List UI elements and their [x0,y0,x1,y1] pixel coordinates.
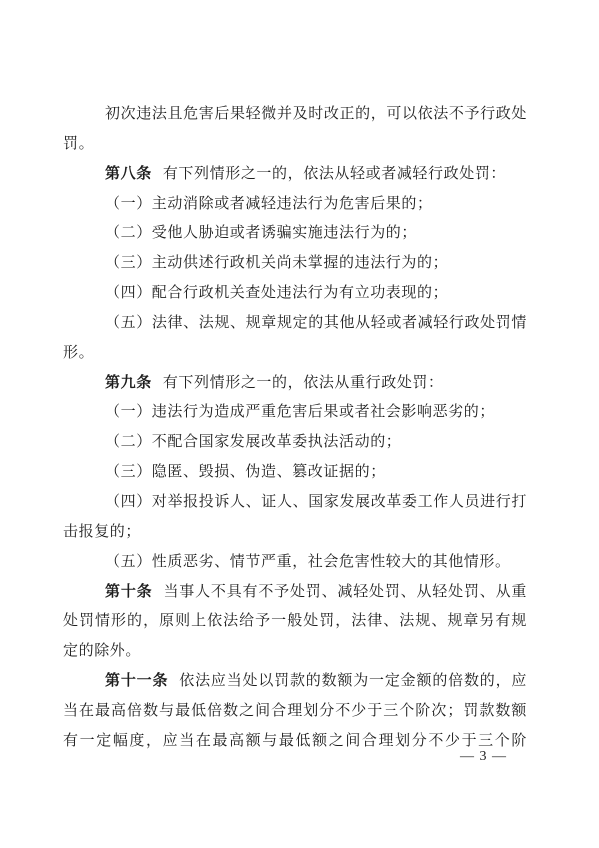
line-text: 有下列情形之一的，依法从重行政处罚： [163,375,444,391]
document-line: （三）隐匿、毁损、伪造、篡改证据的； [63,458,527,488]
document-line: （二）受他人胁迫或者诱骗实施违法行为的； [63,219,527,249]
line-text: 依法应当处以罚款的数额为一定金额的倍数的，应 [179,673,527,689]
document-line: 形。 [63,339,527,369]
article-heading-line: 第八条有下列情形之一的，依法从轻或者减轻行政处罚： [63,160,527,190]
paragraph-item-3: （三）隐匿、毁损、伪造、篡改证据的； [63,458,527,488]
line-text: 有下列情形之一的，依法从轻或者减轻行政处罚： [163,166,506,182]
paragraph-item-5: （五）性质恶劣、情节严重，社会危害性较大的其他情形。 [63,548,527,578]
article-number: 第十条 [105,584,152,600]
document-line: （一）违法行为造成严重危害后果或者社会影响恶劣的； [63,398,527,428]
document-line: 处罚情形的，原则上依法给予一般处罚，法律、法规、规章另有规 [63,607,527,637]
paragraph-article-8: 第八条有下列情形之一的，依法从轻或者减轻行政处罚： [63,160,527,190]
document-line: （三）主动供述行政机关尚未掌握的违法行为的； [63,249,527,279]
document-body: 初次违法且危害后果轻微并及时改正的，可以依法不予行政处 罚。 第八条有下列情形之… [63,100,527,757]
paragraph: 初次违法且危害后果轻微并及时改正的，可以依法不予行政处 罚。 [63,100,527,160]
article-heading-line: 第十一条依法应当处以罚款的数额为一定金额的倍数的，应 [63,667,527,697]
paragraph-item-4: （四）对举报投诉人、证人、国家发展改革委工作人员进行打 击报复的； [63,488,527,548]
article-heading-line: 第九条有下列情形之一的，依法从重行政处罚： [63,369,527,399]
document-line: （五）性质恶劣、情节严重，社会危害性较大的其他情形。 [63,548,527,578]
document-page: 初次违法且危害后果轻微并及时改正的，可以依法不予行政处 罚。 第八条有下列情形之… [0,0,599,848]
document-line: 定的除外。 [63,637,527,667]
document-line: （一）主动消除或者减轻违法行为危害后果的； [63,190,527,220]
paragraph-item-1: （一）主动消除或者减轻违法行为危害后果的； [63,190,527,220]
article-number: 第八条 [105,166,152,182]
paragraph-item-3: （三）主动供述行政机关尚未掌握的违法行为的； [63,249,527,279]
document-line: 有一定幅度，应当在最高额与最低额之间合理划分不少于三个阶 [63,727,527,757]
article-heading-line: 第十条当事人不具有不予处罚、减轻处罚、从轻处罚、从重 [63,578,527,608]
paragraph-item-2: （二）受他人胁迫或者诱骗实施违法行为的； [63,219,527,249]
paragraph-item-2: （二）不配合国家发展改革委执法活动的； [63,428,527,458]
page-number: — 3 — [460,747,507,767]
document-line: 罚。 [63,130,527,160]
document-line: （五）法律、法规、规章规定的其他从轻或者减轻行政处罚情 [63,309,527,339]
document-line: （四）配合行政机关查处违法行为有立功表现的； [63,279,527,309]
document-line: （二）不配合国家发展改革委执法活动的； [63,428,527,458]
paragraph-article-11: 第十一条依法应当处以罚款的数额为一定金额的倍数的，应 当在最高倍数与最低倍数之间… [63,667,527,757]
paragraph-article-10: 第十条当事人不具有不予处罚、减轻处罚、从轻处罚、从重 处罚情形的，原则上依法给予… [63,578,527,668]
paragraph-article-9: 第九条有下列情形之一的，依法从重行政处罚： [63,369,527,399]
document-line: 初次违法且危害后果轻微并及时改正的，可以依法不予行政处 [63,100,527,130]
paragraph-item-1: （一）违法行为造成严重危害后果或者社会影响恶劣的； [63,398,527,428]
article-number: 第十一条 [105,673,168,689]
document-line: 当在最高倍数与最低倍数之间合理划分不少于三个阶次；罚款数额 [63,697,527,727]
document-line: 击报复的； [63,518,527,548]
line-text: 当事人不具有不予处罚、减轻处罚、从轻处罚、从重 [163,584,527,600]
paragraph-item-4: （四）配合行政机关查处违法行为有立功表现的； [63,279,527,309]
article-number: 第九条 [105,375,152,391]
paragraph-item-5: （五）法律、法规、规章规定的其他从轻或者减轻行政处罚情 形。 [63,309,527,369]
document-line: （四）对举报投诉人、证人、国家发展改革委工作人员进行打 [63,488,527,518]
